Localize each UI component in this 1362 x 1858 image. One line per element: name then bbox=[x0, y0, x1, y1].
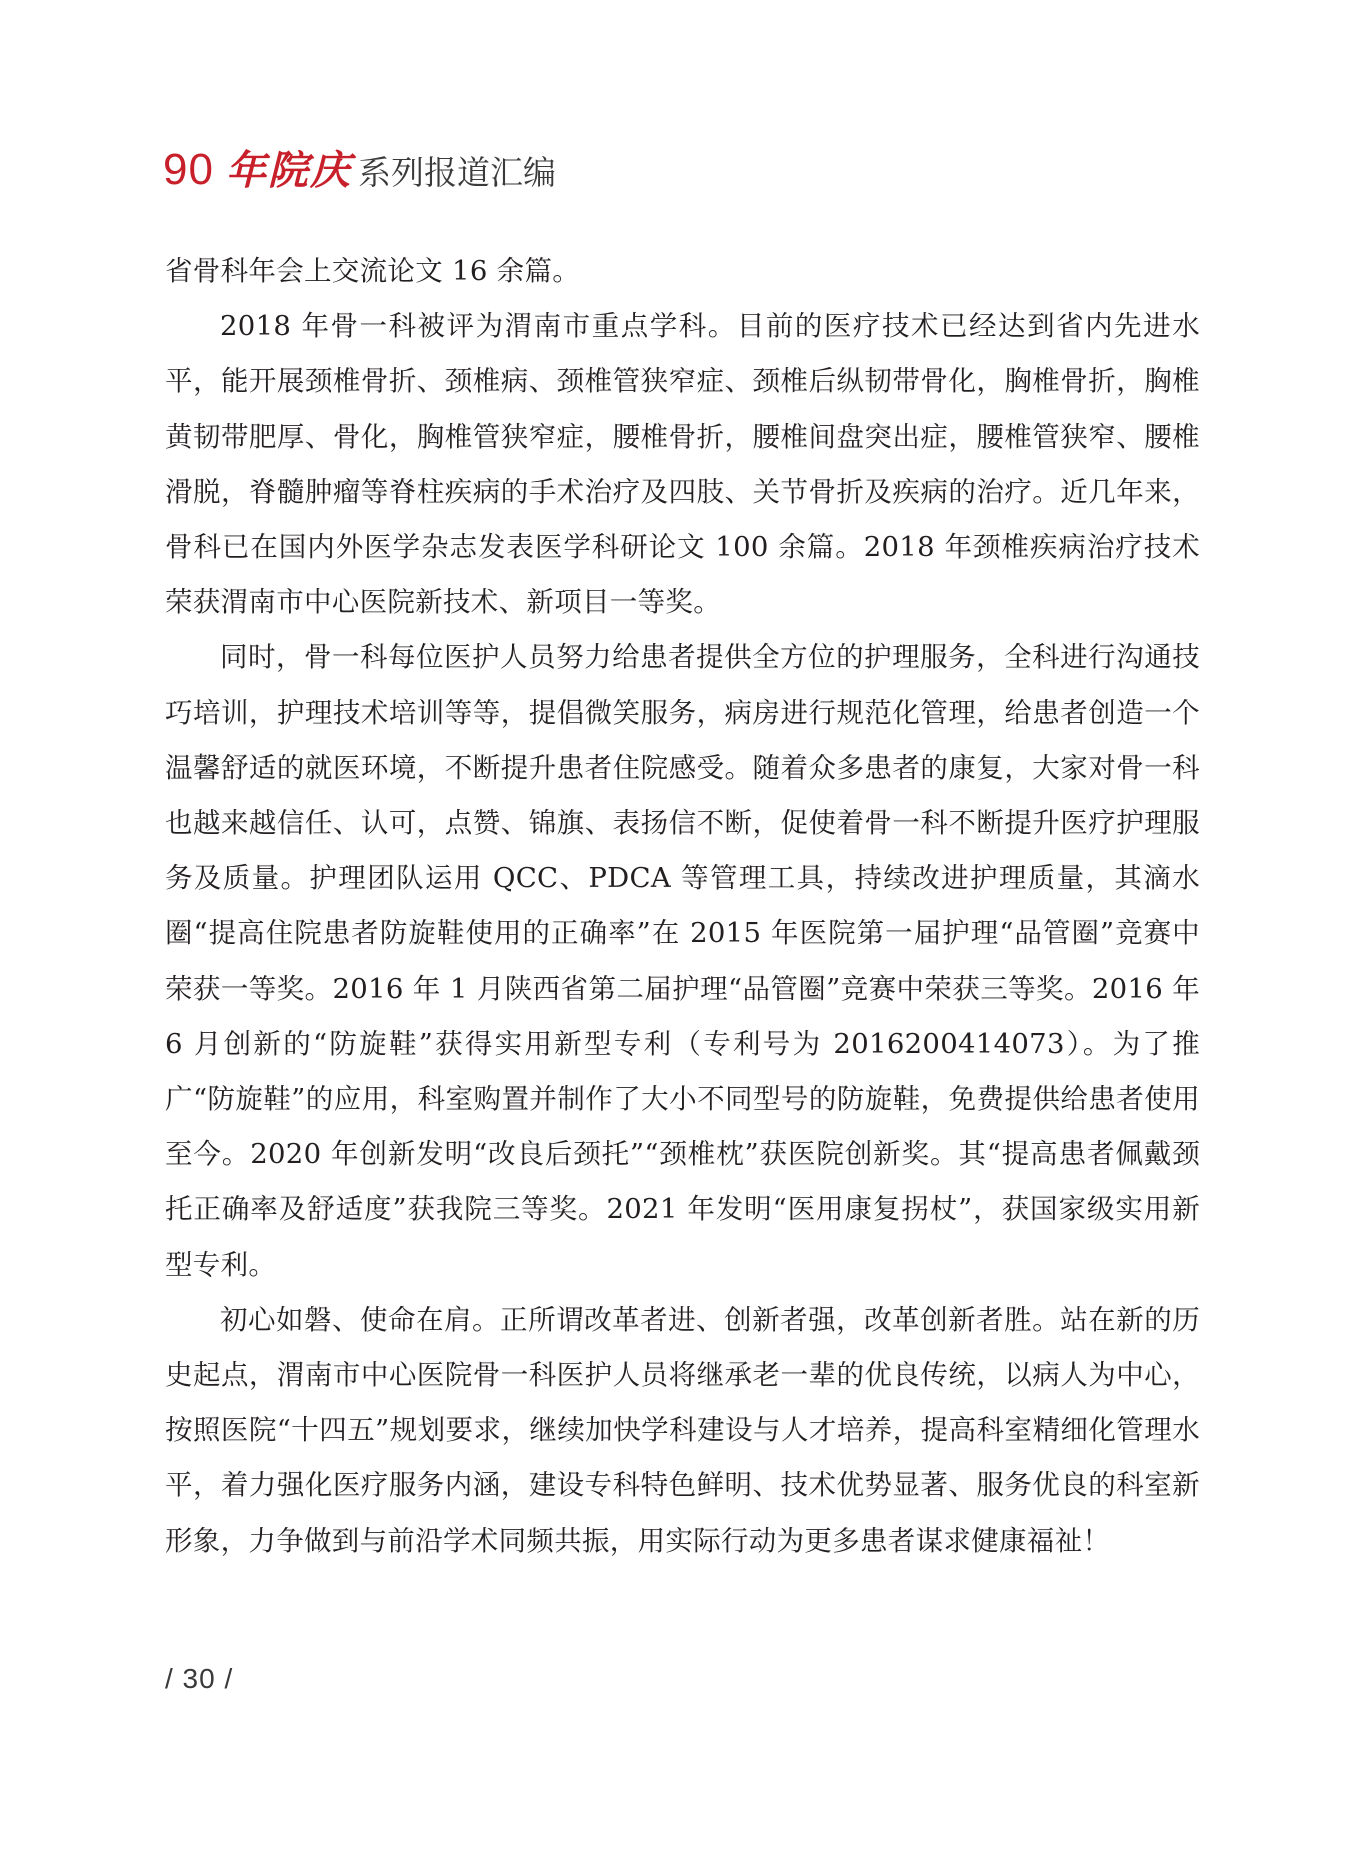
page-number: / 30 / bbox=[165, 1663, 233, 1695]
header-anniversary-number: 90 bbox=[163, 148, 214, 192]
header-series-title: 系列报道汇编 bbox=[358, 156, 556, 189]
paragraph-2: 2018 年骨一科被评为渭南市重点学科。目前的医疗技术已经达到省内先进水平，能开… bbox=[165, 299, 1200, 630]
article-body: 省骨科年会上交流论文 16 余篇。 2018 年骨一科被评为渭南市重点学科。目前… bbox=[165, 244, 1200, 1569]
paragraph-3: 同时，骨一科每位医护人员努力给患者提供全方位的护理服务，全科进行沟通技巧培训，护… bbox=[165, 630, 1200, 1292]
paragraph-4: 初心如磐、使命在肩。正所谓改革者进、创新者强，改革创新者胜。站在新的历史起点，渭… bbox=[165, 1293, 1200, 1569]
paragraph-1: 省骨科年会上交流论文 16 余篇。 bbox=[165, 244, 1200, 299]
header-anniversary-title: 年院庆 bbox=[226, 151, 352, 191]
page-header: 90 年院庆 系列报道汇编 bbox=[163, 148, 556, 198]
